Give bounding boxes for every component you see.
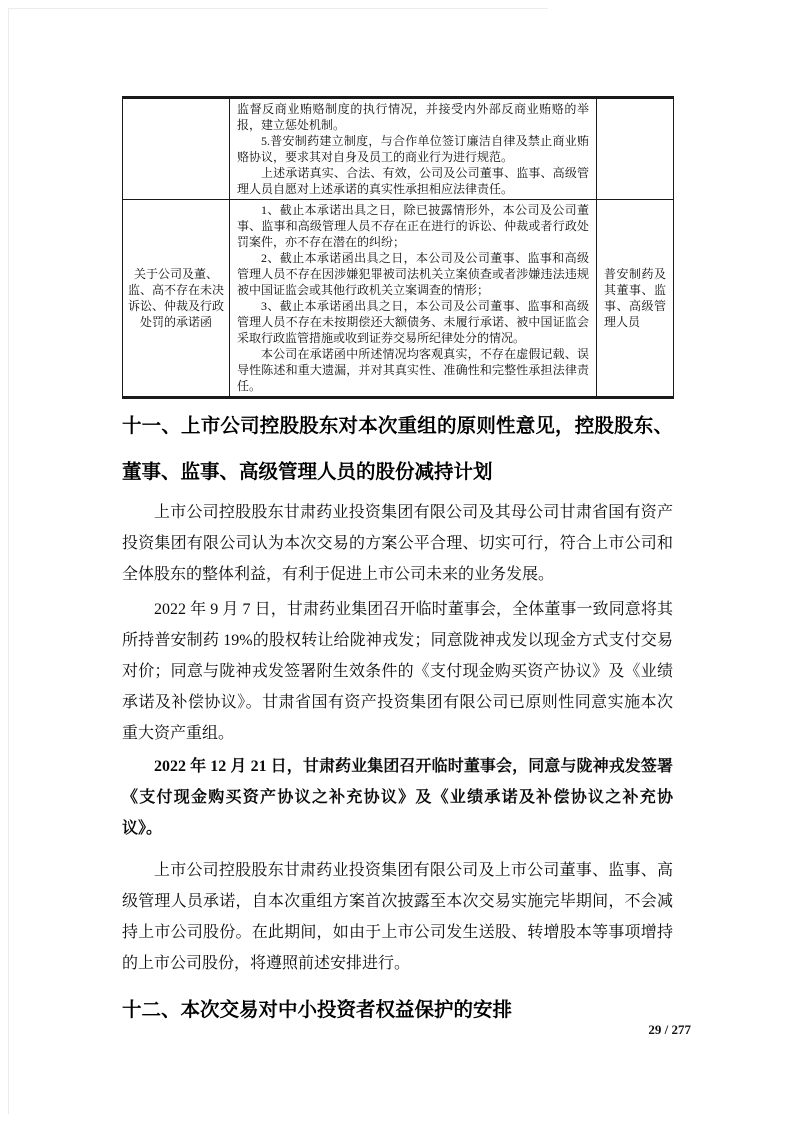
document-page: 监督反商业贿赂制度的执行情况，并接受内外部反商业贿赂的举报，建立惩处机制。 5.…: [0, 0, 793, 1122]
commitment-party: 普安制药及其董事、监事、高级管理人员: [604, 266, 666, 330]
commitment-title-cell: [123, 98, 230, 200]
table-paragraph: 监督反商业贿赂制度的执行情况，并接受内外部反商业贿赂的举报，建立惩处机制。: [237, 101, 589, 133]
commitments-table: 监督反商业贿赂制度的执行情况，并接受内外部反商业贿赂的举报，建立惩处机制。 5.…: [122, 96, 674, 399]
table-paragraph: 本公司在承诺函中所述情况均客观真实，不存在虚假记载、误导性陈述和重大遗漏，并对其…: [237, 346, 589, 394]
table-paragraph: 1、截止本承诺出具之日，除已披露情形外，本公司及公司董事、监事和高级管理人员不存…: [237, 202, 589, 250]
page-edge-top-line: [8, 8, 548, 9]
body-paragraph-shareholding-reduction-commitment: 上市公司控股股东甘肃药业投资集团有限公司及上市公司董事、监事、高级管理人员承诺，…: [122, 855, 673, 979]
body-paragraph-board-meeting-2022-12-21-bold: 2022 年 12 月 21 日，甘肃药业集团召开临时董事会，同意与陇神戎发签署…: [122, 751, 673, 844]
commitment-content-cell: 监督反商业贿赂制度的执行情况，并接受内外部反商业贿赂的举报，建立惩处机制。 5.…: [230, 98, 597, 200]
section-11-heading: 十一、上市公司控股股东对本次重组的原则性意见，控股股东、董事、监事、高级管理人员…: [122, 403, 673, 495]
commitment-title-cell: 关于公司及董、监、高不存在未决诉讼、仲裁及行政处罚的承诺函: [123, 200, 230, 398]
table-paragraph: 3、截止本承诺函出具之日，本公司及公司董事、监事和高级管理人员不存在未按期偿还大…: [237, 298, 589, 346]
page-number: 29 / 277: [122, 1022, 691, 1038]
commitment-content-cell: 1、截止本承诺出具之日，除已披露情形外，本公司及公司董事、监事和高级管理人员不存…: [230, 200, 597, 398]
commitment-party-cell: 普安制药及其董事、监事、高级管理人员: [597, 200, 674, 398]
body-paragraph-controlling-shareholder-opinion: 上市公司控股股东甘肃药业投资集团有限公司及其母公司甘肃省国有资产投资集团有限公司…: [122, 497, 673, 590]
table-paragraph: 2、截止本承诺函出具之日，本公司及公司董事、监事和高级管理人员不存在因涉嫌犯罪被…: [237, 250, 589, 298]
table-row-no-pending-litigation: 关于公司及董、监、高不存在未决诉讼、仲裁及行政处罚的承诺函 1、截止本承诺出具之…: [123, 200, 674, 398]
table-row-anti-bribery-continued: 监督反商业贿赂制度的执行情况，并接受内外部反商业贿赂的举报，建立惩处机制。 5.…: [123, 98, 674, 200]
body-paragraph-board-meeting-2022-09-07: 2022 年 9 月 7 日，甘肃药业集团召开临时董事会，全体董事一致同意将其所…: [122, 594, 673, 749]
commitment-party-cell: [597, 98, 674, 200]
commitment-title: 关于公司及董、监、高不存在未决诉讼、仲裁及行政处罚的承诺函: [127, 266, 225, 330]
page-content: 监督反商业贿赂制度的执行情况，并接受内外部反商业贿赂的举报，建立惩处机制。 5.…: [122, 96, 673, 1033]
table-paragraph: 上述承诺真实、合法、有效，公司及公司董事、监事、高级管理人员自愿对上述承诺的真实…: [237, 165, 589, 197]
page-edge-left-line: [8, 8, 9, 1114]
table-paragraph: 5.普安制药建立制度，与合作单位签订廉洁自律及禁止商业贿赂协议，要求其对自身及员…: [237, 133, 589, 165]
